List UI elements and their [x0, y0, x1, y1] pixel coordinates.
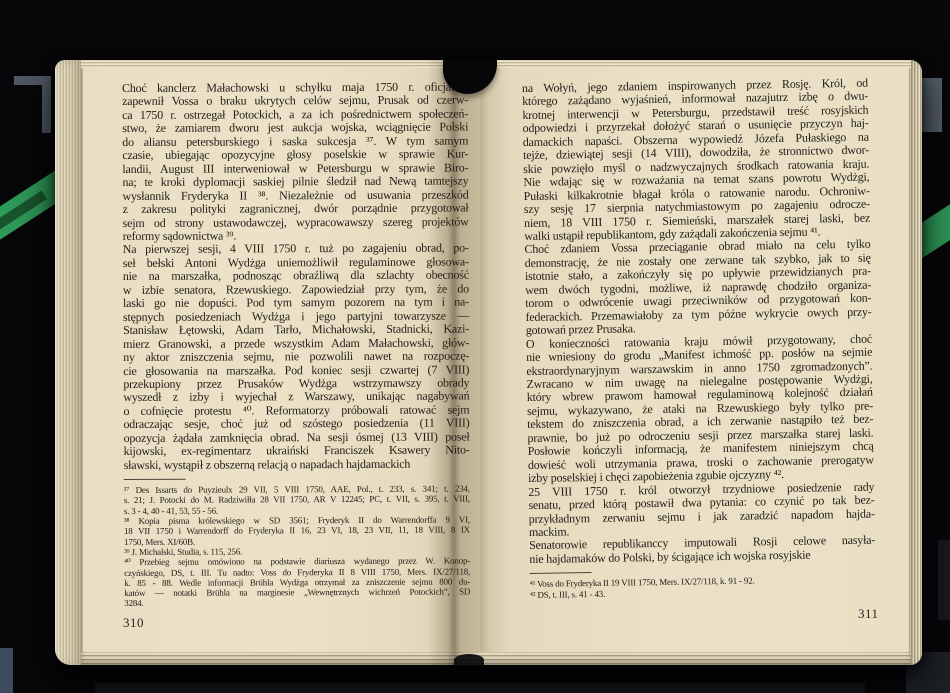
left-footnotes: ³⁷ Des Issarts do Puyzieulx 29 VII, 5 VI…: [124, 484, 471, 609]
paragraph: 25 VIII 1750 r. król otworzył trzydniowe…: [528, 480, 875, 539]
right-page-text: na Wołyń, jego zdaniem inspirowanych prz…: [522, 77, 876, 600]
page-stack-edge-left: [55, 60, 83, 665]
footnote-line: 3284.: [124, 597, 470, 609]
left-page: Choć kanclerz Małachowski u schyłku maja…: [83, 68, 480, 652]
desk-gray-bar: [922, 78, 942, 132]
paragraph: Senatorowie republikanccy imputowali Ros…: [529, 534, 875, 566]
right-footnotes: ⁴¹ Voss do Fryderyka II 19 VIII 1750, Me…: [530, 574, 876, 600]
photo-of-open-book: { "colors":{ "background":"#07070a", "pa…: [0, 0, 950, 693]
footnote: ⁴⁰ Przebieg sejmu omówiono na podstawie …: [124, 556, 470, 609]
text-line: sejm od strony ustawodawczej, wypracowaw…: [123, 215, 469, 230]
desk-edge-bar: [95, 683, 865, 693]
footnote: ³⁸ Kopia pisma królewskiego w SD 3561; F…: [124, 515, 470, 547]
text-line: sławski, wystąpił z obszerną relacją o n…: [124, 457, 470, 472]
right-page: na Wołyń, jego zdaniem inspirowanych prz…: [480, 68, 909, 652]
footnote-line: s. 21; J. Potocki do M. Radziwiłła 28 VI…: [124, 494, 470, 506]
page-stack-edge-bottom: [81, 652, 911, 665]
paragraph: Na pierwszej sesji, 4 VIII 1750 r. tuż p…: [123, 242, 470, 472]
paragraph: na Wołyń, jego zdaniem inspirowanych prz…: [522, 77, 870, 244]
book-gutter-notch-bottom: [454, 654, 484, 666]
footnote-line: 18 VII 1750 i Warrendorff do Fryderyka I…: [124, 525, 470, 537]
paragraph: Choć kanclerz Małachowski u schyłku maja…: [122, 80, 469, 243]
text-line: nie hajdamaków do Polski, by ścigające i…: [529, 547, 875, 566]
desk-dark-sliver: [938, 540, 950, 620]
open-book: Choć kanclerz Małachowski u schyłku maja…: [55, 60, 922, 665]
footnote-separator: [124, 479, 186, 480]
right-body: na Wołyń, jego zdaniem inspirowanych prz…: [522, 77, 876, 567]
paragraph: Choć zdaniem Vossa przeciąganie obrad mi…: [524, 238, 871, 338]
page-stack-edge-right: [909, 60, 922, 665]
footnote: ³⁷ Des Issarts do Puyzieulx 29 VII, 5 VI…: [124, 484, 470, 516]
desk-corner-bracket: [14, 76, 51, 133]
desk-slate-bar: [0, 648, 13, 693]
footnote-line: katów — notatki Brühla na marginesie „We…: [124, 587, 470, 599]
paragraph: O konieczności ratowania kraju mówił prz…: [526, 332, 874, 485]
left-page-text: Choć kanclerz Małachowski u schyłku maja…: [122, 80, 470, 608]
footnote-separator: [530, 572, 592, 574]
page-number-right: 311: [858, 606, 879, 622]
page-number-left: 310: [123, 615, 144, 631]
page-spread: Choć kanclerz Małachowski u schyłku maja…: [83, 68, 909, 652]
left-body: Choć kanclerz Małachowski u schyłku maja…: [122, 80, 470, 472]
